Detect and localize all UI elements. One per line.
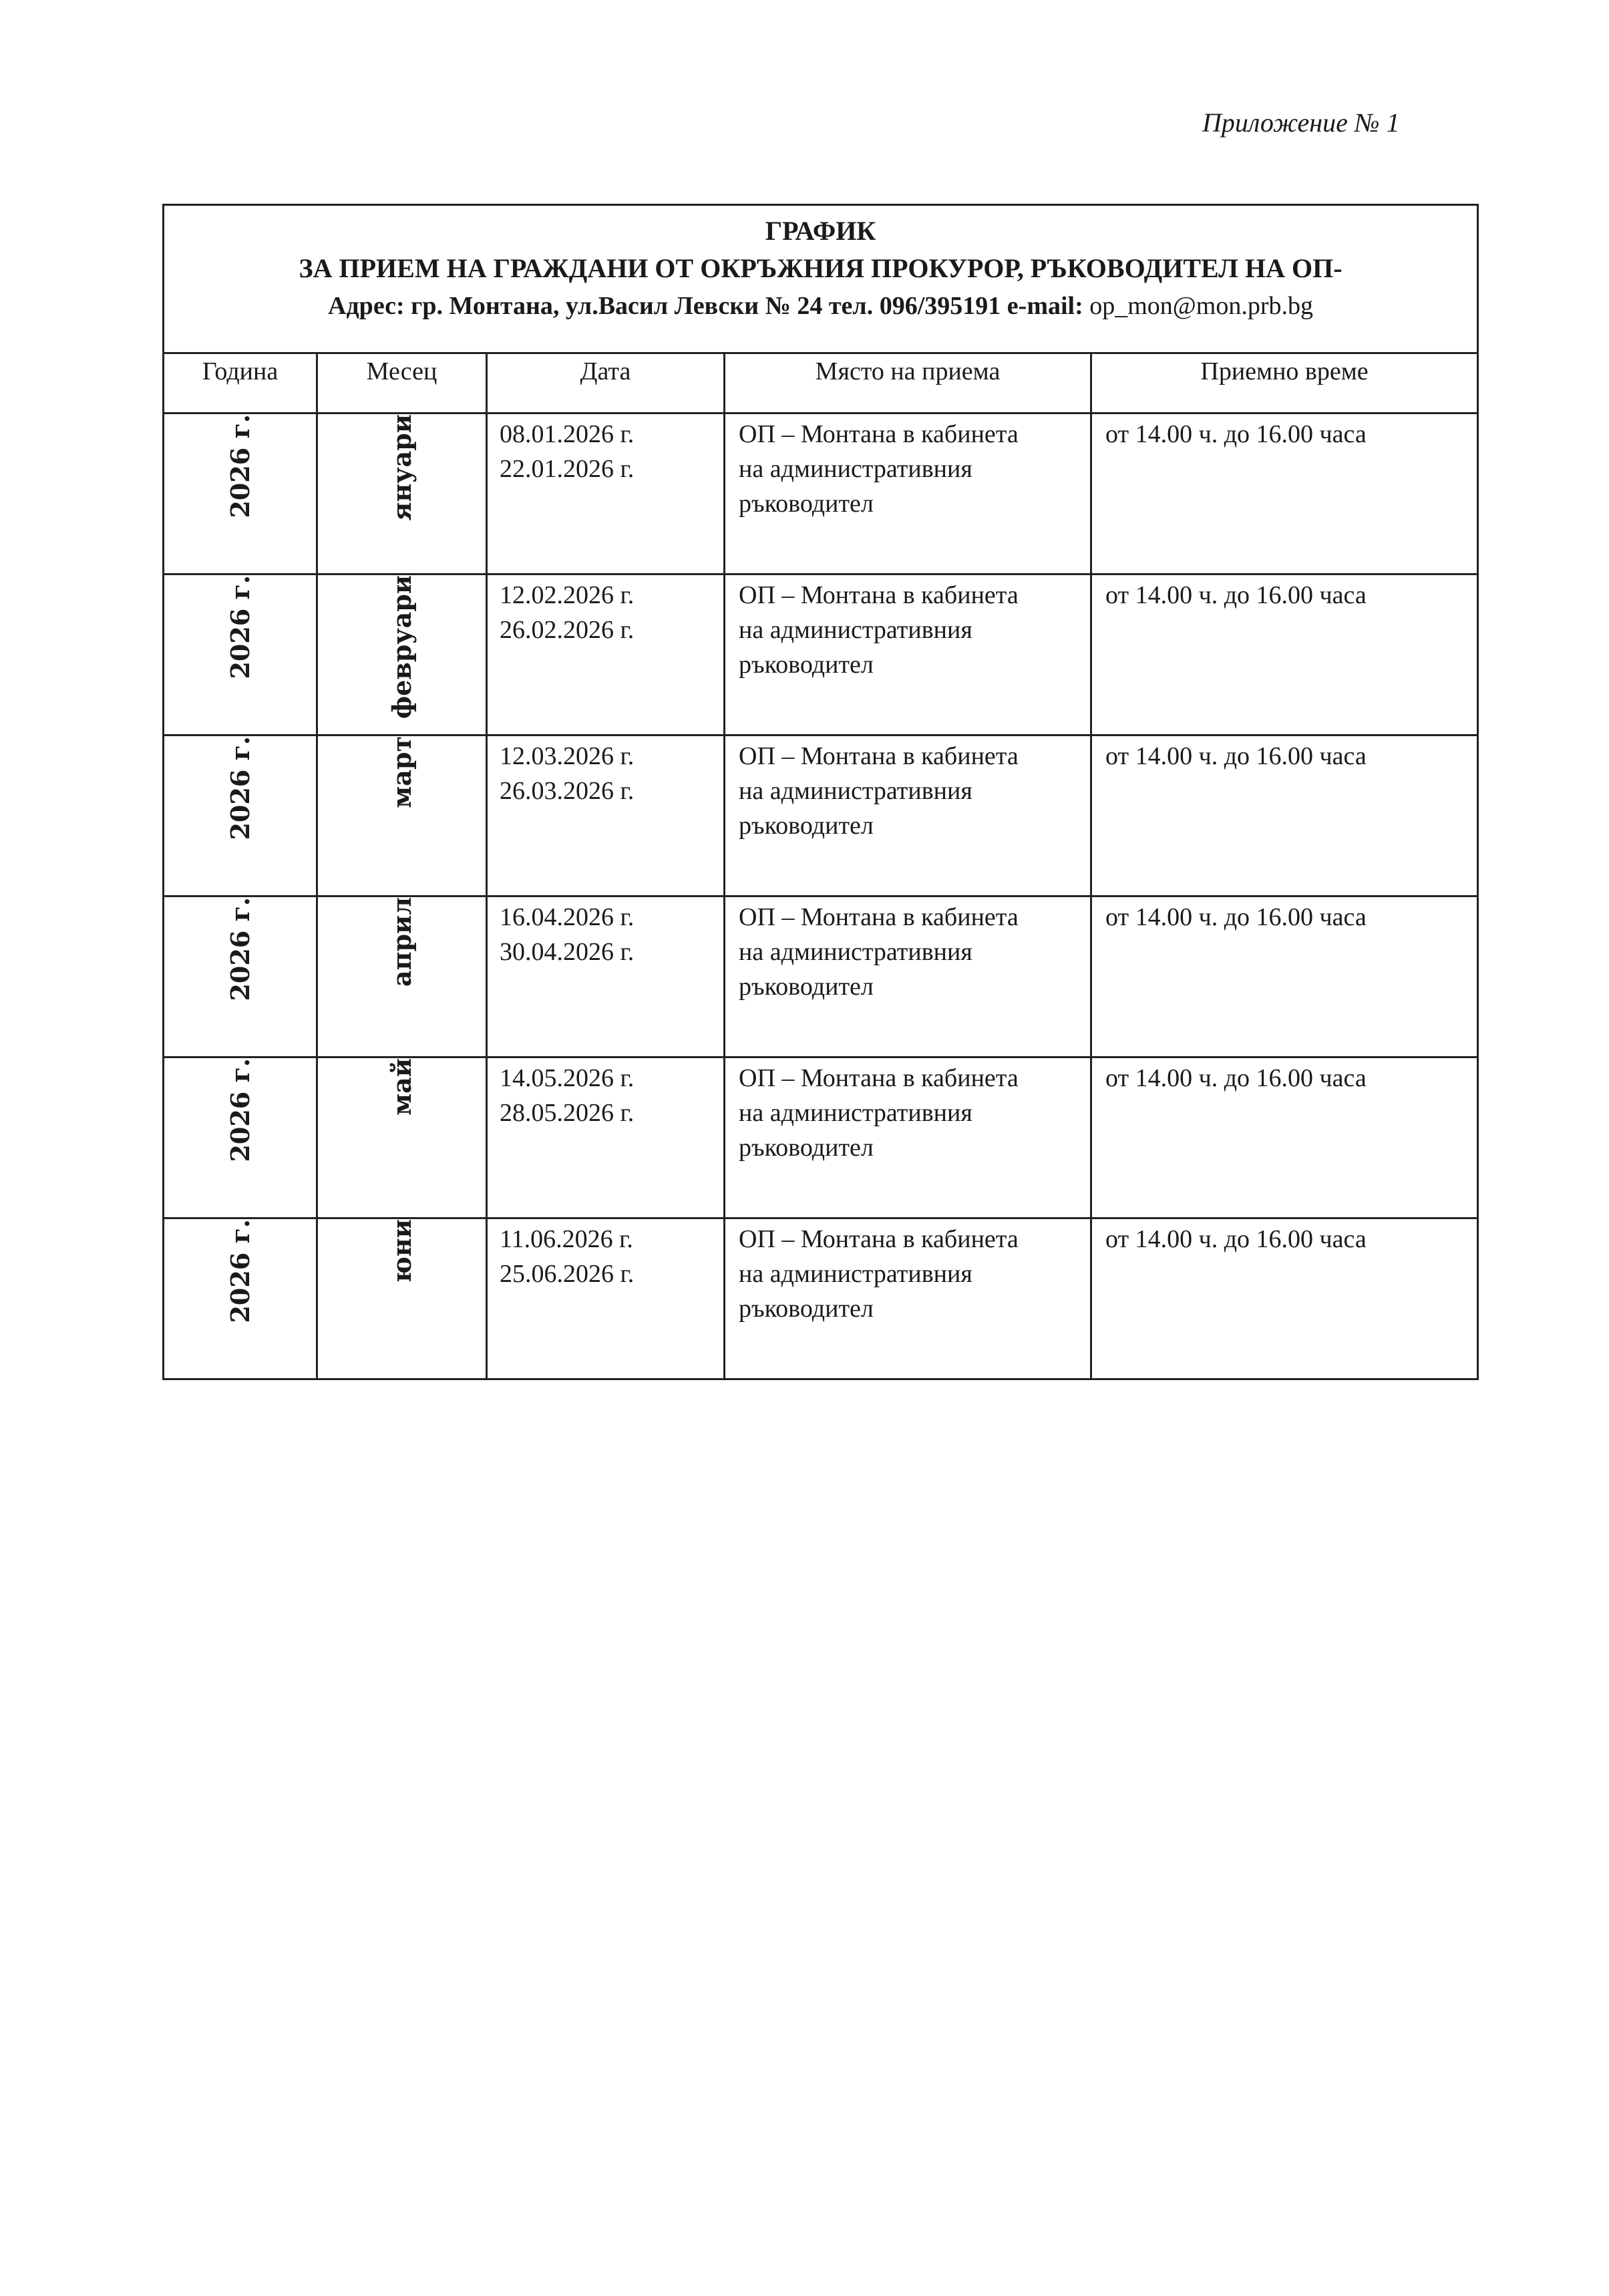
- place-line: ръководител: [739, 1130, 1083, 1165]
- time-cell: от 14.00 ч. до 16.00 часа: [1091, 735, 1478, 896]
- date-text: 25.06.2026 г.: [500, 1257, 723, 1291]
- table-row: 2026 г. януари 08.01.2026 г.22.01.2026 г…: [164, 414, 1478, 575]
- year-text: 2026 г.: [223, 736, 258, 840]
- column-header: Място на приема: [725, 353, 1091, 414]
- place-line: ОП – Монтана в кабинета: [739, 578, 1083, 613]
- month-text: април: [385, 897, 419, 987]
- column-header: Година: [164, 353, 317, 414]
- date-text: 11.06.2026 г.: [500, 1222, 723, 1257]
- place-cell: ОП – Монтана в кабинетана административн…: [725, 896, 1091, 1057]
- year-cell: 2026 г.: [164, 1057, 317, 1218]
- column-header: Приемно време: [1091, 353, 1478, 414]
- place-line: на административния: [739, 452, 1083, 486]
- place-line: ръководител: [739, 969, 1083, 1004]
- month-text: януари: [385, 414, 419, 521]
- column-header: Дата: [487, 353, 725, 414]
- time-cell: от 14.00 ч. до 16.00 часа: [1091, 575, 1478, 735]
- place-line: ръководител: [739, 808, 1083, 843]
- date-text: 14.05.2026 г.: [500, 1061, 723, 1096]
- place-line: на административния: [739, 935, 1083, 969]
- place-cell: ОП – Монтана в кабинетана административн…: [725, 735, 1091, 896]
- year-text: 2026 г.: [223, 414, 258, 518]
- table-row: 2026 г. юни 11.06.2026 г.25.06.2026 г. О…: [164, 1218, 1478, 1379]
- place-line: ОП – Монтана в кабинета: [739, 1222, 1083, 1257]
- document-title: ГРАФИК: [165, 212, 1476, 250]
- time-cell: от 14.00 ч. до 16.00 часа: [1091, 896, 1478, 1057]
- dates-cell: 16.04.2026 г.30.04.2026 г.: [487, 896, 725, 1057]
- dates-cell: 08.01.2026 г.22.01.2026 г.: [487, 414, 725, 575]
- date-text: 08.01.2026 г.: [500, 417, 723, 452]
- month-text: февруари: [385, 575, 419, 719]
- month-text: май: [385, 1058, 419, 1116]
- time-text: от 14.00 ч. до 16.00 часа: [1105, 1222, 1470, 1257]
- place-line: ОП – Монтана в кабинета: [739, 900, 1083, 935]
- email-text: op_mon@mon.prb.bg: [1089, 292, 1313, 320]
- date-text: 28.05.2026 г.: [500, 1096, 723, 1130]
- schedule-table: ГРАФИК ЗА ПРИЕМ НА ГРАЖДАНИ ОТ ОКРЪЖНИЯ …: [162, 204, 1479, 1380]
- place-line: на административния: [739, 613, 1083, 647]
- place-line: ОП – Монтана в кабинета: [739, 739, 1083, 774]
- date-text: 22.01.2026 г.: [500, 452, 723, 486]
- month-cell: май: [317, 1057, 487, 1218]
- table-row: 2026 г. май 14.05.2026 г.28.05.2026 г. О…: [164, 1057, 1478, 1218]
- month-cell: февруари: [317, 575, 487, 735]
- year-cell: 2026 г.: [164, 575, 317, 735]
- place-cell: ОП – Монтана в кабинетана административн…: [725, 575, 1091, 735]
- year-text: 2026 г.: [223, 575, 258, 679]
- column-header-row: Година Месец Дата Място на приема Приемн…: [164, 353, 1478, 414]
- place-cell: ОП – Монтана в кабинетана административн…: [725, 1218, 1091, 1379]
- place-line: ръководител: [739, 486, 1083, 521]
- place-line: ръководител: [739, 647, 1083, 682]
- place-line: на административния: [739, 1257, 1083, 1291]
- table-row: 2026 г. февруари 12.02.2026 г.26.02.2026…: [164, 575, 1478, 735]
- table-row: 2026 г. април 16.04.2026 г.30.04.2026 г.…: [164, 896, 1478, 1057]
- date-text: 16.04.2026 г.: [500, 900, 723, 935]
- year-cell: 2026 г.: [164, 735, 317, 896]
- address-line: Адрес: гр. Монтана, ул.Васил Левски № 24…: [165, 287, 1476, 325]
- dates-cell: 14.05.2026 г.28.05.2026 г.: [487, 1057, 725, 1218]
- table-row: 2026 г. март 12.03.2026 г.26.03.2026 г. …: [164, 735, 1478, 896]
- column-header: Месец: [317, 353, 487, 414]
- address-text: Адрес: гр. Монтана, ул.Васил Левски № 24…: [328, 292, 1083, 320]
- time-text: от 14.00 ч. до 16.00 часа: [1105, 417, 1470, 452]
- date-text: 30.04.2026 г.: [500, 935, 723, 969]
- month-text: юни: [385, 1219, 419, 1283]
- place-line: на административния: [739, 774, 1083, 808]
- year-text: 2026 г.: [223, 1219, 258, 1323]
- date-text: 12.03.2026 г.: [500, 739, 723, 774]
- place-line: на административния: [739, 1096, 1083, 1130]
- dates-cell: 11.06.2026 г.25.06.2026 г.: [487, 1218, 725, 1379]
- time-text: от 14.00 ч. до 16.00 часа: [1105, 739, 1470, 774]
- time-text: от 14.00 ч. до 16.00 часа: [1105, 578, 1470, 613]
- year-cell: 2026 г.: [164, 414, 317, 575]
- time-cell: от 14.00 ч. до 16.00 часа: [1091, 1057, 1478, 1218]
- place-cell: ОП – Монтана в кабинетана административн…: [725, 414, 1091, 575]
- year-text: 2026 г.: [223, 897, 258, 1001]
- time-cell: от 14.00 ч. до 16.00 часа: [1091, 1218, 1478, 1379]
- header-cell: ГРАФИК ЗА ПРИЕМ НА ГРАЖДАНИ ОТ ОКРЪЖНИЯ …: [164, 205, 1478, 353]
- place-cell: ОП – Монтана в кабинетана административн…: [725, 1057, 1091, 1218]
- date-text: 12.02.2026 г.: [500, 578, 723, 613]
- month-cell: март: [317, 735, 487, 896]
- document-subtitle: ЗА ПРИЕМ НА ГРАЖДАНИ ОТ ОКРЪЖНИЯ ПРОКУРО…: [165, 250, 1476, 287]
- time-cell: от 14.00 ч. до 16.00 часа: [1091, 414, 1478, 575]
- place-line: ръководител: [739, 1291, 1083, 1326]
- place-line: ОП – Монтана в кабинета: [739, 1061, 1083, 1096]
- header-row: ГРАФИК ЗА ПРИЕМ НА ГРАЖДАНИ ОТ ОКРЪЖНИЯ …: [164, 205, 1478, 353]
- month-cell: април: [317, 896, 487, 1057]
- time-text: от 14.00 ч. до 16.00 часа: [1105, 900, 1470, 935]
- year-cell: 2026 г.: [164, 896, 317, 1057]
- date-text: 26.03.2026 г.: [500, 774, 723, 808]
- year-text: 2026 г.: [223, 1058, 258, 1162]
- time-text: от 14.00 ч. до 16.00 часа: [1105, 1061, 1470, 1096]
- annex-label: Приложение № 1: [1202, 107, 1400, 138]
- dates-cell: 12.02.2026 г.26.02.2026 г.: [487, 575, 725, 735]
- month-cell: юни: [317, 1218, 487, 1379]
- place-line: ОП – Монтана в кабинета: [739, 417, 1083, 452]
- month-text: март: [385, 736, 419, 808]
- date-text: 26.02.2026 г.: [500, 613, 723, 647]
- month-cell: януари: [317, 414, 487, 575]
- year-cell: 2026 г.: [164, 1218, 317, 1379]
- dates-cell: 12.03.2026 г.26.03.2026 г.: [487, 735, 725, 896]
